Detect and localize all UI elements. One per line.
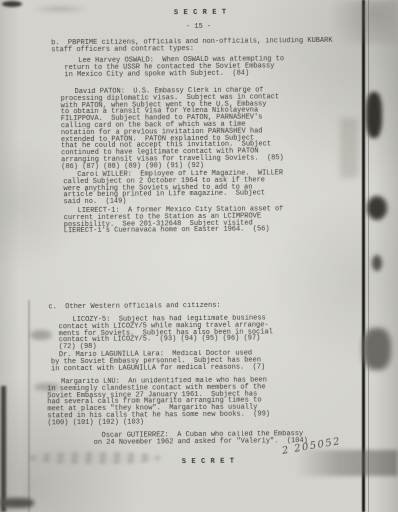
paragraph-lagunilla: Dr. Mario LAGUNILLA Lara: Medical Doctor… (51, 350, 265, 372)
section-b-heading: b. PBPRIME citizens, officials and non-o… (51, 38, 333, 54)
paragraph-lierect: LIERECT-1: A former Mexico City Station … (64, 206, 284, 235)
paragraph-licozy: LICOZY-5: Subject has had legitimate bus… (59, 315, 274, 351)
paragraph-margarito: Margarito LNU: An unidentified male who … (47, 377, 270, 427)
classification-footer: S E C R E T (182, 459, 235, 466)
paragraph-gutierrez: Oscar GUTIERREZ: A Cuban who called the … (94, 431, 308, 446)
section-c-heading: c. Other Western officials and citizens: (48, 303, 220, 311)
document-text-layer: S E C R E T - 15 - b. PBPRIME citizens, … (0, 0, 398, 512)
paragraph-paton: David PATON: U.S. Embassy Clerk in charg… (61, 87, 284, 171)
paragraph-willer: Carol WILLER: Employee of Life Magazine.… (63, 170, 283, 206)
classification-header: S E C R E T (174, 10, 227, 17)
page-number: - 15 - (186, 24, 211, 31)
scanned-document-page: S E C R E T - 15 - b. PBPRIME citizens, … (0, 0, 398, 512)
paragraph-oswald: Lee Harvey OSWALD: When OSWALD was attem… (64, 56, 284, 78)
